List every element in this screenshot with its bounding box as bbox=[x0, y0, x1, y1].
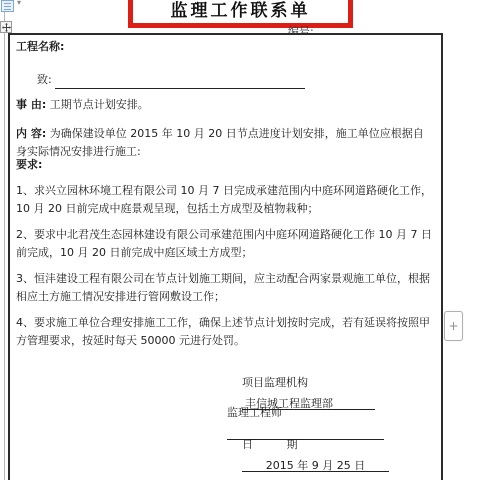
chevron-down-icon[interactable]: ▾ bbox=[17, 0, 21, 8]
content-label: 内 容: bbox=[16, 127, 46, 140]
page-left-edge bbox=[4, 0, 5, 480]
to-label: 致: bbox=[37, 73, 52, 86]
requirement-item-1: 1、求兴立园林环境工程有限公司 10 月 7 日完成承建范围内中庭环网道路硬化工… bbox=[16, 182, 433, 218]
date-value: 2015 年 9 月 25 日 bbox=[242, 457, 389, 472]
table-move-handle-icon[interactable] bbox=[0, 21, 12, 33]
project-name-label: 工程名称: bbox=[16, 38, 64, 56]
requirement-item-3: 3、恒沣建设工程有限公司在节点计划施工期间，应主动配合两家景观施工单位，根据相应… bbox=[16, 270, 433, 306]
signature-engineer-row: 监理工程师 bbox=[227, 404, 441, 440]
to-blank-field bbox=[55, 74, 305, 89]
subject-text: 工期节点计划安排。 bbox=[50, 98, 149, 111]
insert-plus-button[interactable]: + bbox=[444, 311, 463, 341]
requirements-label: 要求: bbox=[16, 156, 42, 174]
subject-label: 事 由: bbox=[16, 98, 46, 111]
signature-engineer-label: 监理工程师 bbox=[227, 406, 282, 419]
requirement-item-2: 2、要求中北君茂生态园林建设有限公司承建范围内中庭环网道路硬化工作 10 月 7… bbox=[16, 226, 433, 262]
signature-org-label: 项目监理机构 bbox=[242, 376, 308, 389]
date-label-qi: 期 bbox=[287, 438, 298, 451]
paste-options-icon[interactable] bbox=[1, 0, 14, 12]
content-text: 为确保建设单位 2015 年 10 月 20 日节点进度计划安排，施工单位应根据… bbox=[16, 127, 424, 158]
requirement-item-4: 4、要求施工单位合理安排施工工作，确保上述节点计划按时完成，若有延误将按照甲方管… bbox=[16, 314, 433, 350]
page-title: 监理工作联系单 bbox=[171, 0, 311, 21]
title-box: 监理工作联系单 bbox=[128, 0, 353, 28]
subject-row: 事 由: 工期节点计划安排。 bbox=[16, 96, 149, 114]
content-row: 内 容: 为确保建设单位 2015 年 10 月 20 日节点进度计划安排，施工… bbox=[16, 125, 433, 161]
date-label-ri: 日 bbox=[242, 438, 253, 451]
contact-sheet-table: 工程名称: 致: 事 由: 工期节点计划安排。 内 容: 为确保建设单位 201… bbox=[8, 33, 443, 480]
signature-date-row: 日 期 2015 年 9 月 25 日 bbox=[242, 436, 441, 472]
to-row: 致: bbox=[37, 71, 305, 89]
